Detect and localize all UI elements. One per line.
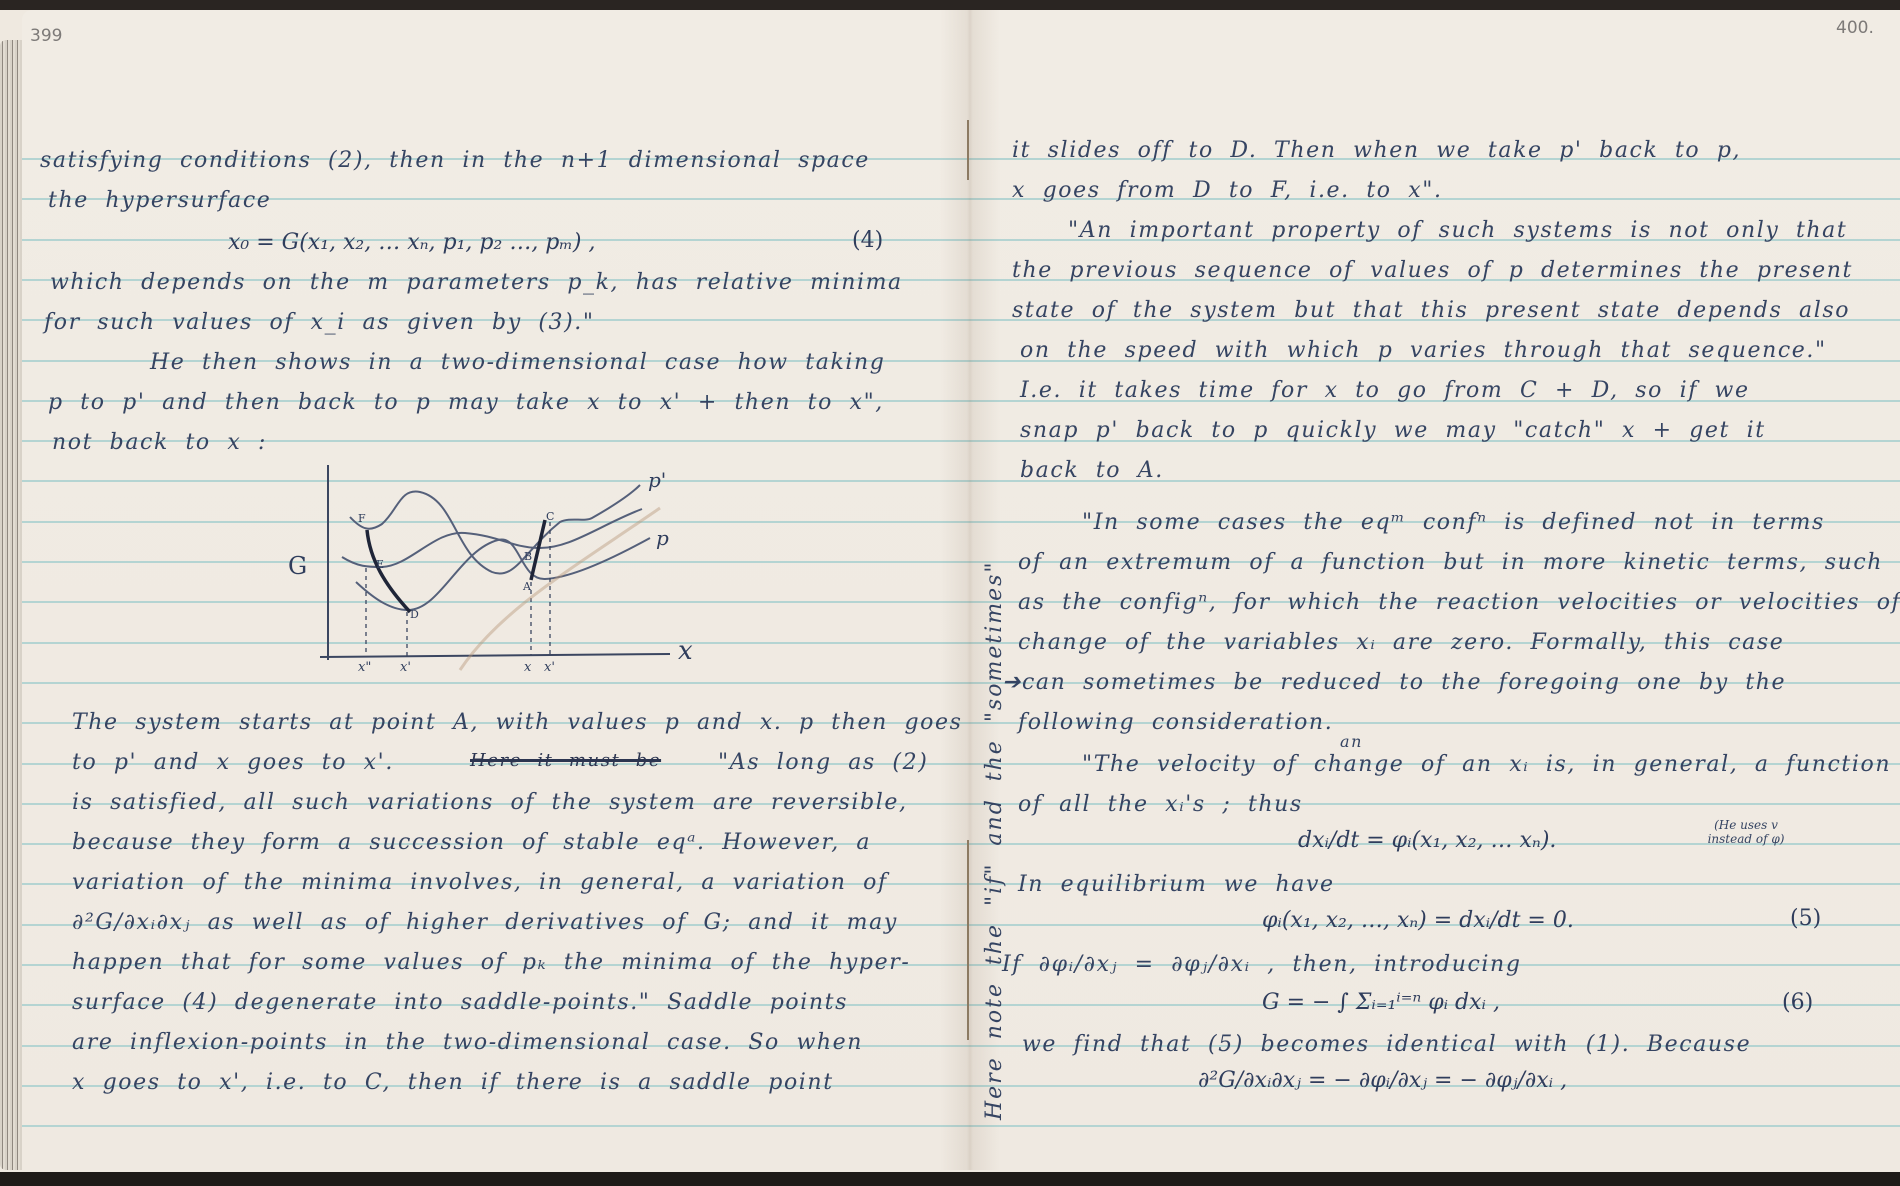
text-line: to p' and x goes to x'. <box>72 750 394 775</box>
text-line: as the configⁿ, for which the reaction v… <box>1018 590 1900 615</box>
text-line: If ∂φᵢ/∂xⱼ = ∂φⱼ/∂xᵢ , then, introducing <box>1002 952 1522 977</box>
table-surface <box>0 1172 1900 1186</box>
text-line: can sometimes be reduced to the foregoin… <box>1022 670 1786 695</box>
point-label-e: E <box>376 558 384 571</box>
equation-final: ∂²G/∂xᵢ∂xⱼ = − ∂φᵢ/∂xⱼ = − ∂φⱼ/∂xᵢ , <box>1198 1068 1567 1093</box>
text-line: surface (4) degenerate into saddle-point… <box>72 990 848 1015</box>
equation-4: x₀ = G(x₁, x₂, … xₙ, p₁, p₂ …, pₘ) , <box>228 230 595 255</box>
tick-label-x-prime-2: x' <box>544 660 555 675</box>
text-line: is satisfied, all such variations of the… <box>72 790 908 815</box>
text-line: happen that for some values of pₖ the mi… <box>72 950 910 975</box>
text-line: "An important property of such systems i… <box>1068 218 1847 243</box>
page-edges <box>0 40 22 1170</box>
equation-6: G = − ∫ Σᵢ₌₁ⁱ⁼ⁿ φᵢ dxᵢ , <box>1262 990 1500 1015</box>
equation-velocity: dxᵢ/dt = φᵢ(x₁, x₂, … xₙ). <box>1298 828 1556 853</box>
binding-thread <box>967 120 969 180</box>
diagram-y-axis-label: G <box>288 552 307 580</box>
tick-label-x-prime: x' <box>400 660 411 675</box>
text-line: satisfying conditions (2), then in the n… <box>40 148 870 173</box>
binding-thread <box>967 840 969 1040</box>
text-line: I.e. it takes time for x to go from C + … <box>1020 378 1750 403</box>
text-line: change of the variables xᵢ are zero. For… <box>1018 630 1784 655</box>
point-label-d: D <box>410 608 419 621</box>
struck-out-text: Here it must be <box>470 750 661 771</box>
text-line: "The velocity of change of an xᵢ is, in … <box>1082 752 1891 777</box>
text-line: x goes to x', i.e. to C, then if there i… <box>72 1070 834 1095</box>
point-label-a: A <box>523 580 531 593</box>
equation-number: (4) <box>852 228 883 253</box>
text-line: which depends on the m parameters p_k, h… <box>50 270 903 295</box>
page-number-right: 400. <box>1836 18 1874 38</box>
text-line: snap p' back to p quickly we may "catch"… <box>1020 418 1766 443</box>
notebook-spread: 399 400. satisfying conditions (2), then… <box>0 10 1900 1180</box>
side-note-line: instead of φ <box>1708 832 1780 846</box>
text-line: following consideration. <box>1018 710 1333 735</box>
text-line: "As long as (2) <box>718 750 928 775</box>
text-line: because they form a succession of stable… <box>72 830 871 855</box>
point-label-c: C <box>546 510 554 523</box>
equation-5: φᵢ(x₁, x₂, …, xₙ) = dxᵢ/dt = 0. <box>1262 908 1574 933</box>
side-note: (He uses v instead of φ) <box>1686 818 1806 846</box>
text-line: are inflexion-points in the two-dimensio… <box>72 1030 863 1055</box>
text-line: variation of the minima involves, in gen… <box>72 870 888 895</box>
text-line: it slides off to D. Then when we take p'… <box>1012 138 1741 163</box>
curve-label-p-prime: p' <box>648 468 666 492</box>
text-line: state of the system but that this presen… <box>1012 298 1850 323</box>
diagram-x-axis-label: x <box>678 636 693 666</box>
text-line: x goes from D to F, i.e. to x". <box>1012 178 1443 203</box>
insert-mark: an <box>1340 732 1363 751</box>
text-line: In equilibrium we have <box>1018 872 1335 897</box>
point-label-f: F <box>358 512 366 525</box>
text-line: p to p' and then back to p may take x to… <box>48 390 884 415</box>
tick-label-x: x <box>524 660 531 675</box>
tick-label-x-double-prime: x" <box>358 660 371 675</box>
page-number-left: 399 <box>30 26 62 46</box>
text-line: the previous sequence of values of p det… <box>1012 258 1853 283</box>
equation-number: (6) <box>1782 990 1813 1015</box>
text-line: The system starts at point A, with value… <box>72 710 963 735</box>
text-line: we find that (5) becomes identical with … <box>1022 1032 1751 1057</box>
arrow-mark: ➔ <box>1002 670 1022 695</box>
text-line: back to A. <box>1020 458 1164 483</box>
point-label-b: B <box>524 550 532 563</box>
g-curve-diagram: G x p' p F E D C B A x" x' x x' <box>270 460 710 680</box>
curve-label-p: p <box>656 526 669 550</box>
text-line: on the speed with which p varies through… <box>1020 338 1827 363</box>
text-line: "In some cases the eqᵐ confⁿ is defined … <box>1082 510 1825 535</box>
diagram-svg <box>270 460 710 680</box>
text-line: the hypersurface <box>48 188 271 213</box>
text-line: He then shows in a two-dimensional case … <box>150 350 885 375</box>
text-line: for such values of x_i as given by (3)." <box>44 310 595 335</box>
margin-note-vertical: Here note the "if" and the "sometimes" <box>982 560 1007 1120</box>
rule-line <box>22 198 1900 200</box>
rule-line <box>22 1125 1900 1127</box>
side-note-line: He uses v <box>1719 818 1778 832</box>
text-line: not back to x : <box>52 430 267 455</box>
text-line: of all the xᵢ's ; thus <box>1018 792 1303 817</box>
text-line: of an extremum of a function but in more… <box>1018 550 1883 575</box>
equation-number: (5) <box>1790 906 1821 931</box>
text-line: ∂²G/∂xᵢ∂xⱼ as well as of higher derivati… <box>72 910 898 935</box>
